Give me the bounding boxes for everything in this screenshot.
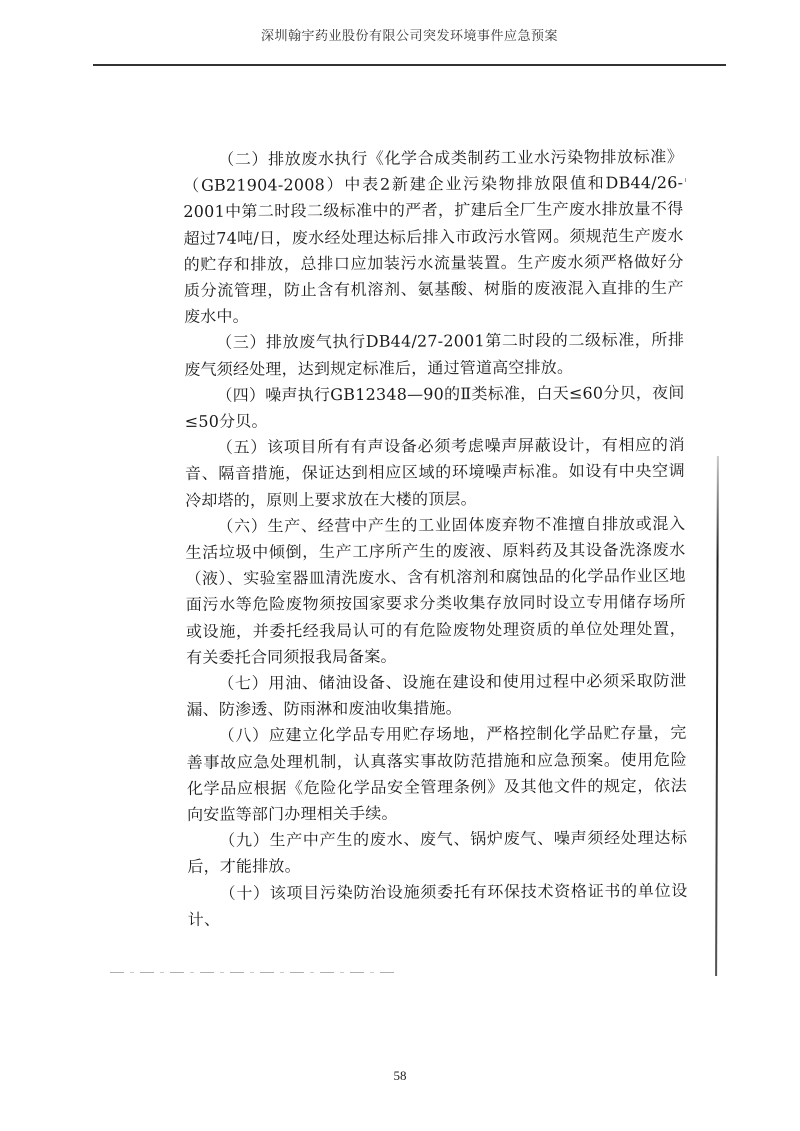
paragraph-pollution-facilities: （十）该项目污染防治设施须委托有环保技术资格证书的单位设计、 <box>187 878 687 933</box>
paragraph-noise-standard: （四）噪声执行GB12348—90的Ⅱ类标准，白天≤60分贝，夜间≤50分贝。 <box>184 380 684 435</box>
scan-margin-line <box>715 456 718 976</box>
paragraph-solid-waste: （六）生产、经营中产生的工业固体废弃物不准擅自排放或混入生活垃圾中倾倒，生产工序… <box>185 511 686 671</box>
paragraph-oil-storage: （七）用油、储油设备、设施在建设和使用过程中必须采取防泄漏、防渗透、防雨淋和废油… <box>186 668 686 723</box>
paragraph-wastewater: （二）排放废水执行《化学合成类制药工业水污染物排放标准》（GB21904-200… <box>183 144 684 330</box>
paragraph-chemical-storage: （八）应建立化学品专用贮存场地，严格控制化学品贮存量，完善事故应急处理机制，认真… <box>187 720 688 828</box>
document-body: （二）排放废水执行《化学合成类制药工业水污染物排放标准》（GB21904-200… <box>183 144 688 933</box>
page-number: 58 <box>380 1068 420 1084</box>
paragraph-noise-shielding: （五）该项目所有有声设备必须考虑噪声屏蔽设计，有相应的消音、隔音措施，保证达到相… <box>185 432 685 514</box>
paragraph-discharge-compliance: （九）生产中产生的废水、废气、锅炉废气、噪声须经处理达标后，才能排放。 <box>187 825 687 880</box>
header-rule <box>93 64 726 66</box>
paragraph-exhaust-gas: （三）排放废气执行DB44/27-2001第二时段的二级标准，所排废气须经处理，… <box>184 327 684 382</box>
page-header-title: 深圳翰宇药业股份有限公司突发环境事件应急预案 <box>93 12 726 62</box>
scan-dashed-line <box>110 972 400 973</box>
scan-mark <box>685 178 686 182</box>
